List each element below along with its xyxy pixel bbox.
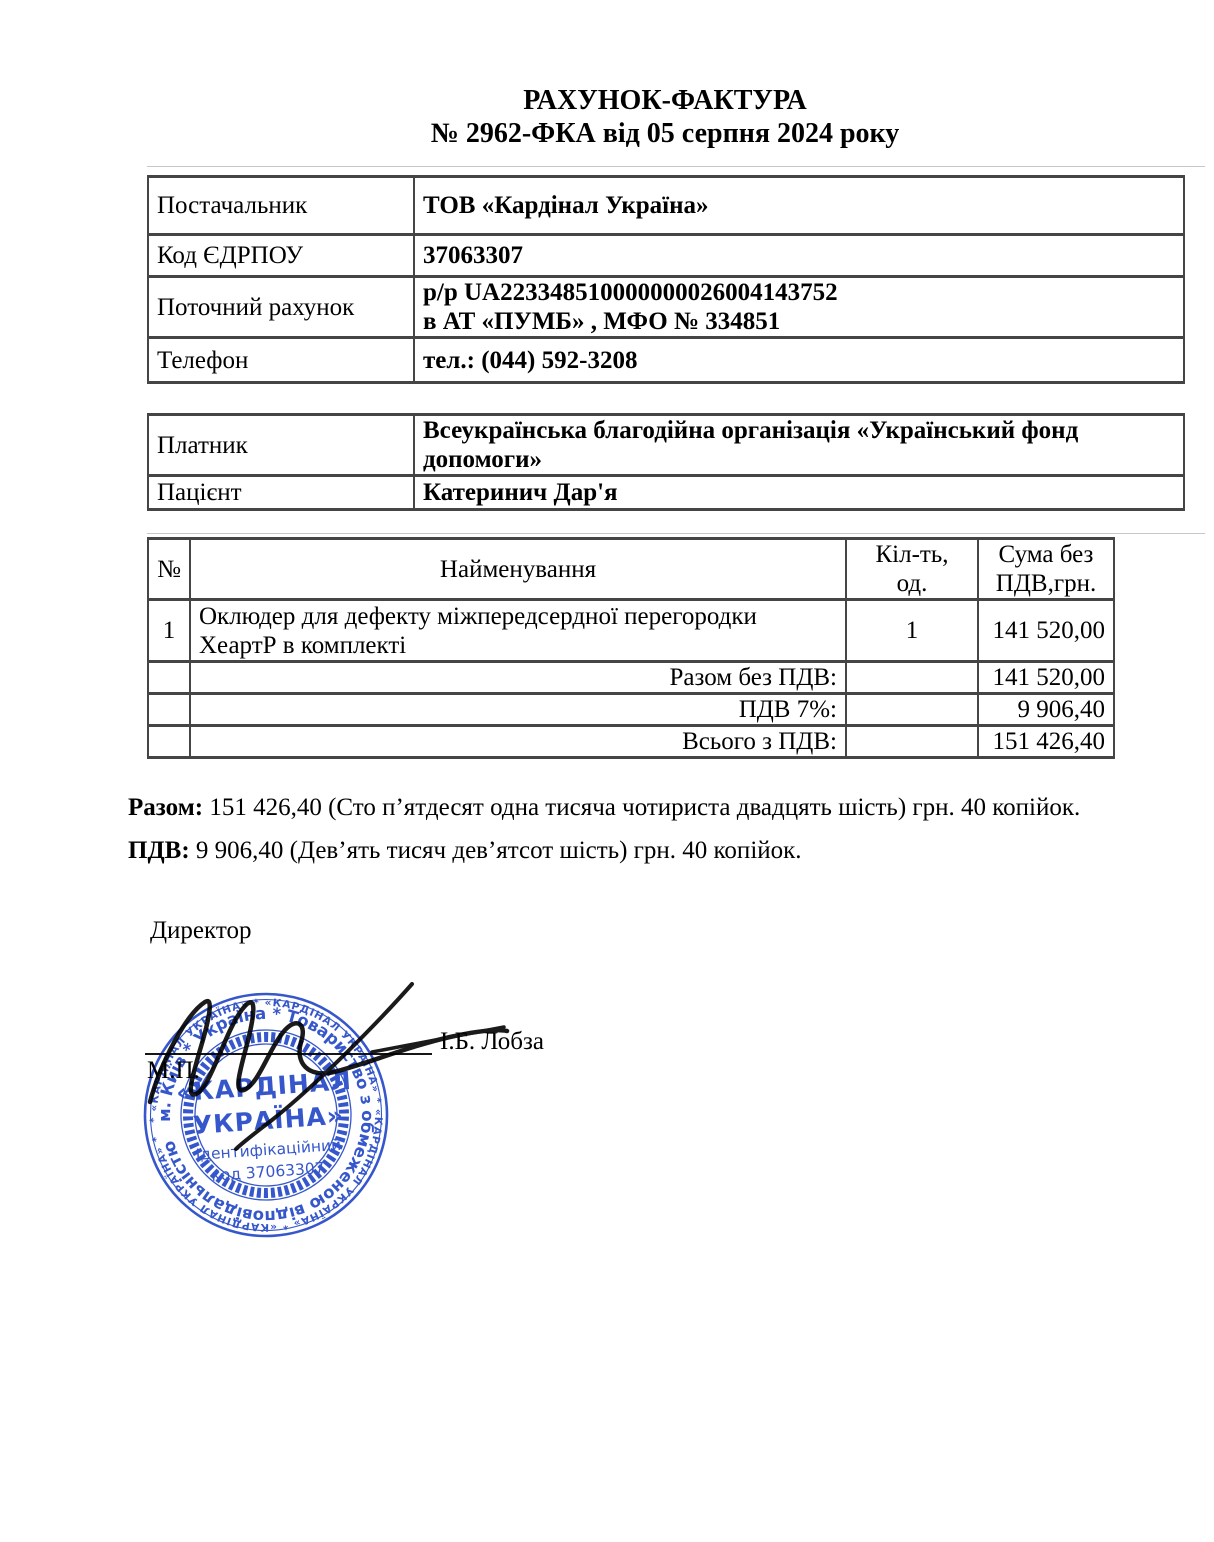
director-title: Директор xyxy=(150,917,251,945)
account-value: р/р UA223348510000000026004143752 в АТ «… xyxy=(414,277,1184,338)
subtotal-label: Разом без ПДВ: xyxy=(190,662,846,694)
payer-line1: Всеукраїнська благодійна організація «Ук… xyxy=(423,416,1175,445)
supplier-label: Постачальник xyxy=(148,177,414,235)
invoice-number-line: № 2962-ФКА від 05 серпня 2024 року xyxy=(147,117,1183,150)
payer-value: Всеукраїнська благодійна організація «Ук… xyxy=(414,415,1184,476)
vat-label: ПДВ 7%: xyxy=(190,694,846,726)
vat-in-words: ПДВ: 9 906,40 (Дев’ять тисяч дев’ятсот ш… xyxy=(128,836,1138,865)
item-num: 1 xyxy=(148,600,190,662)
patient-value: Катеринич Дар'я xyxy=(414,476,1184,510)
col-header-sum: Сума без ПДВ,грн. xyxy=(978,539,1114,600)
table-row: Постачальник ТОВ «Кардінал Україна» xyxy=(148,177,1184,235)
totals-row: ПДВ 7%: 9 906,40 xyxy=(148,694,1114,726)
col-header-qty: Кіл-ть, од. xyxy=(846,539,978,600)
signature-strokes xyxy=(100,960,620,1260)
supplier-table: Постачальник ТОВ «Кардінал Україна» Код … xyxy=(147,175,1185,384)
vat-words-text: 9 906,40 (Дев’ять тисяч дев’ятсот шість)… xyxy=(190,837,802,864)
totals-row: Всього з ПДВ: 151 426,40 xyxy=(148,726,1114,758)
invoice-page: РАХУНОК-ФАКТУРА № 2962-ФКА від 05 серпня… xyxy=(0,0,1214,1542)
vat-words-label: ПДВ: xyxy=(128,837,190,864)
supplier-name: ТОВ «Кардінал Україна» xyxy=(414,177,1184,235)
item-name: Оклюдер для дефекту міжпередсердної пере… xyxy=(190,600,846,662)
payer-label: Платник xyxy=(148,415,414,476)
item-qty: 1 xyxy=(846,600,978,662)
invoice-title-line1: РАХУНОК-ФАКТУРА xyxy=(147,84,1183,117)
subtotal-value: 141 520,00 xyxy=(978,662,1114,694)
edrpou-code: 37063307 xyxy=(414,235,1184,277)
col-header-name: Найменування xyxy=(190,539,846,600)
vat-value: 9 906,40 xyxy=(978,694,1114,726)
table-row: Поточний рахунок р/р UA22334851000000002… xyxy=(148,277,1184,338)
table-row: Телефон тел.: (044) 592-3208 xyxy=(148,338,1184,383)
patient-label: Пацієнт xyxy=(148,476,414,510)
table-row: Код ЄДРПОУ 37063307 xyxy=(148,235,1184,277)
col-header-num: № xyxy=(148,539,190,600)
divider-line xyxy=(147,533,1205,534)
item-sum: 141 520,00 xyxy=(978,600,1114,662)
totals-row: Разом без ПДВ: 141 520,00 xyxy=(148,662,1114,694)
total-words-text: 151 426,40 (Сто п’ятдесят одна тисяча чо… xyxy=(203,794,1080,821)
item-row: 1 Оклюдер для дефекту міжпередсердної пе… xyxy=(148,600,1114,662)
account-label: Поточний рахунок xyxy=(148,277,414,338)
grand-total-label: Всього з ПДВ: xyxy=(190,726,846,758)
iban-line: р/р UA223348510000000026004143752 xyxy=(423,278,1175,307)
items-header-row: № Найменування Кіл-ть, од. Сума без ПДВ,… xyxy=(148,539,1114,600)
phone-label: Телефон xyxy=(148,338,414,383)
divider-line xyxy=(147,166,1205,167)
bank-line: в АТ «ПУМБ» , МФО № 334851 xyxy=(423,307,1175,336)
total-in-words: Разом: 151 426,40 (Сто п’ятдесят одна ти… xyxy=(128,793,1138,822)
invoice-title: РАХУНОК-ФАКТУРА № 2962-ФКА від 05 серпня… xyxy=(147,84,1183,150)
items-table: № Найменування Кіл-ть, од. Сума без ПДВ,… xyxy=(147,537,1115,759)
payer-table: Платник Всеукраїнська благодійна організ… xyxy=(147,413,1185,511)
table-row: Пацієнт Катеринич Дар'я xyxy=(148,476,1184,510)
table-row: Платник Всеукраїнська благодійна організ… xyxy=(148,415,1184,476)
payer-line2: допомоги» xyxy=(423,445,1175,474)
phone-value: тел.: (044) 592-3208 xyxy=(414,338,1184,383)
total-words-label: Разом: xyxy=(128,794,203,821)
grand-total-value: 151 426,40 xyxy=(978,726,1114,758)
edrpou-label: Код ЄДРПОУ xyxy=(148,235,414,277)
